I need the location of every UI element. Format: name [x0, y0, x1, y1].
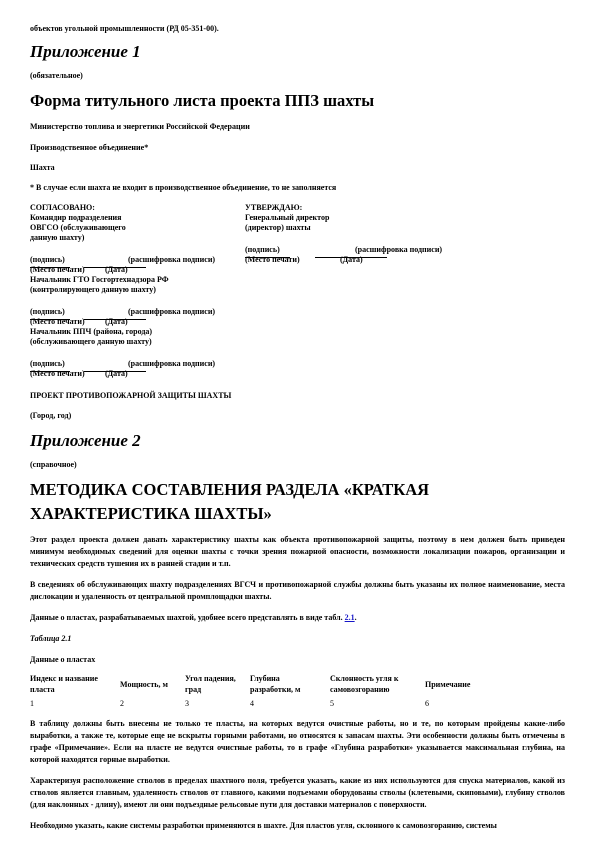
table-header-cell: Глубина разработки, м — [250, 673, 330, 695]
mine-line: Шахта — [30, 163, 565, 173]
approved-title-line: Генеральный директор — [245, 213, 565, 223]
paragraph-with-link: Данные о пластах, разрабатываемых шахтой… — [30, 612, 565, 624]
table-header-row: Индекс и название пласта Мощность, м Уго… — [30, 673, 565, 695]
approved-column: УТВЕРЖДАЮ: Генеральный директор (директо… — [245, 203, 565, 379]
paragraph: Необходимо указать, какие системы разраб… — [30, 820, 565, 832]
table-number-cell: 3 — [185, 698, 250, 709]
signature-label: (подпись) — [30, 359, 65, 368]
table-header-cell: Индекс и название пласта — [30, 673, 120, 695]
seal-label: (Место печати) — [30, 317, 85, 326]
transcript-label: (расшифровка подписи) — [128, 255, 215, 265]
appendix1-title: Приложение 1 — [30, 42, 565, 62]
table-number-cell: 1 — [30, 698, 120, 709]
table-subtitle: Данные о пластах — [30, 655, 565, 665]
table-link-suffix: . — [355, 613, 357, 622]
paragraph: Характеризуя расположение стволов в пред… — [30, 775, 565, 811]
table-number-row: 1 2 3 4 5 6 — [30, 698, 565, 709]
signature-labels-row: (подпись)(расшифровка подписи) — [30, 307, 245, 317]
agreed-column: СОГЛАСОВАНО: Командир подразделения ОВГС… — [30, 203, 245, 379]
date-label: (Дата) — [105, 369, 128, 379]
date-label: (Дата) — [340, 255, 363, 265]
table-header-cell: Склонность угля к самовозгоранию — [330, 673, 425, 695]
table-caption: Таблица 2.1 — [30, 634, 565, 644]
document-page: объектов угольной промышленности (РД 05-… — [0, 0, 595, 842]
table-number-cell: 6 — [425, 698, 565, 709]
seal-date-row: (Место печати)(Дата) — [30, 369, 245, 379]
table-header-cell: Угол падения, град — [185, 673, 250, 695]
signature-columns: СОГЛАСОВАНО: Командир подразделения ОВГС… — [30, 203, 565, 379]
signature-labels-row: (подпись)(расшифровка подписи) — [245, 245, 565, 255]
agreed-title-line: Начальник ППЧ (района, города) — [30, 327, 245, 337]
transcript-label: (расшифровка подписи) — [128, 359, 215, 369]
agreed-header: СОГЛАСОВАНО: — [30, 203, 245, 213]
table-link-prefix: Данные о пластах, разрабатываемых шахтой… — [30, 613, 345, 622]
seal-label: (Место печати) — [245, 255, 300, 264]
appendix2-heading: МЕТОДИКА СОСТАВЛЕНИЯ РАЗДЕЛА «КРАТКАЯ ХА… — [30, 478, 510, 526]
footnote-line: * В случае если шахта не входит в произв… — [30, 183, 565, 193]
association-line: Производственное объединение* — [30, 143, 565, 153]
table-header-cell: Мощность, м — [120, 679, 185, 690]
seal-label: (Место печати) — [30, 265, 85, 274]
approved-title-line: (директор) шахты — [245, 223, 565, 233]
date-label: (Дата) — [105, 265, 128, 275]
agreed-title-line: (контролирующего данную шахту) — [30, 285, 245, 295]
transcript-label: (расшифровка подписи) — [355, 245, 442, 255]
signature-labels-row: (подпись)(расшифровка подписи) — [30, 255, 245, 265]
agreed-title-line: данную шахту) — [30, 233, 245, 243]
agreed-title-line: ОВГСО (обслуживающего — [30, 223, 245, 233]
seal-label: (Место печати) — [30, 369, 85, 378]
appendix1-heading: Форма титульного листа проекта ППЗ шахты — [30, 91, 565, 110]
paragraph: В таблицу должны быть внесены не только … — [30, 718, 565, 766]
paragraph: В сведениях об обслуживающих шахту подра… — [30, 579, 565, 603]
city-year-line: (Город, год) — [30, 411, 565, 421]
seal-date-row: (Место печати)(Дата) — [245, 255, 565, 265]
signature-labels-row: (подпись)(расшифровка подписи) — [30, 359, 245, 369]
transcript-label: (расшифровка подписи) — [128, 307, 215, 317]
appendix2-kind: (справочное) — [30, 460, 565, 470]
appendix2-title: Приложение 2 — [30, 431, 565, 451]
top-note: объектов угольной промышленности (РД 05-… — [30, 24, 565, 34]
appendix1-kind: (обязательное) — [30, 71, 565, 81]
approved-header: УТВЕРЖДАЮ: — [245, 203, 565, 213]
agreed-title-line: (обслуживающего данную шахту) — [30, 337, 245, 347]
agreed-title-line: Начальник ГТО Госгортехнадзора РФ — [30, 275, 245, 285]
agreed-title-line: Командир подразделения — [30, 213, 245, 223]
signature-label: (подпись) — [245, 245, 280, 254]
table-number-cell: 2 — [120, 698, 185, 709]
table-number-cell: 4 — [250, 698, 330, 709]
seal-date-row: (Место печати)(Дата) — [30, 265, 245, 275]
date-label: (Дата) — [105, 317, 128, 327]
signature-label: (подпись) — [30, 255, 65, 264]
project-title: ПРОЕКТ ПРОТИВОПОЖАРНОЙ ЗАЩИТЫ ШАХТЫ — [30, 391, 565, 401]
table-2-1-link[interactable]: 2.1 — [345, 613, 355, 622]
paragraph: Этот раздел проекта должен давать характ… — [30, 534, 565, 570]
table-header-cell: Примечание — [425, 679, 565, 690]
seal-date-row: (Место печати)(Дата) — [30, 317, 245, 327]
signature-label: (подпись) — [30, 307, 65, 316]
ministry-line: Министерство топлива и энергетики Россий… — [30, 122, 565, 132]
table-number-cell: 5 — [330, 698, 425, 709]
